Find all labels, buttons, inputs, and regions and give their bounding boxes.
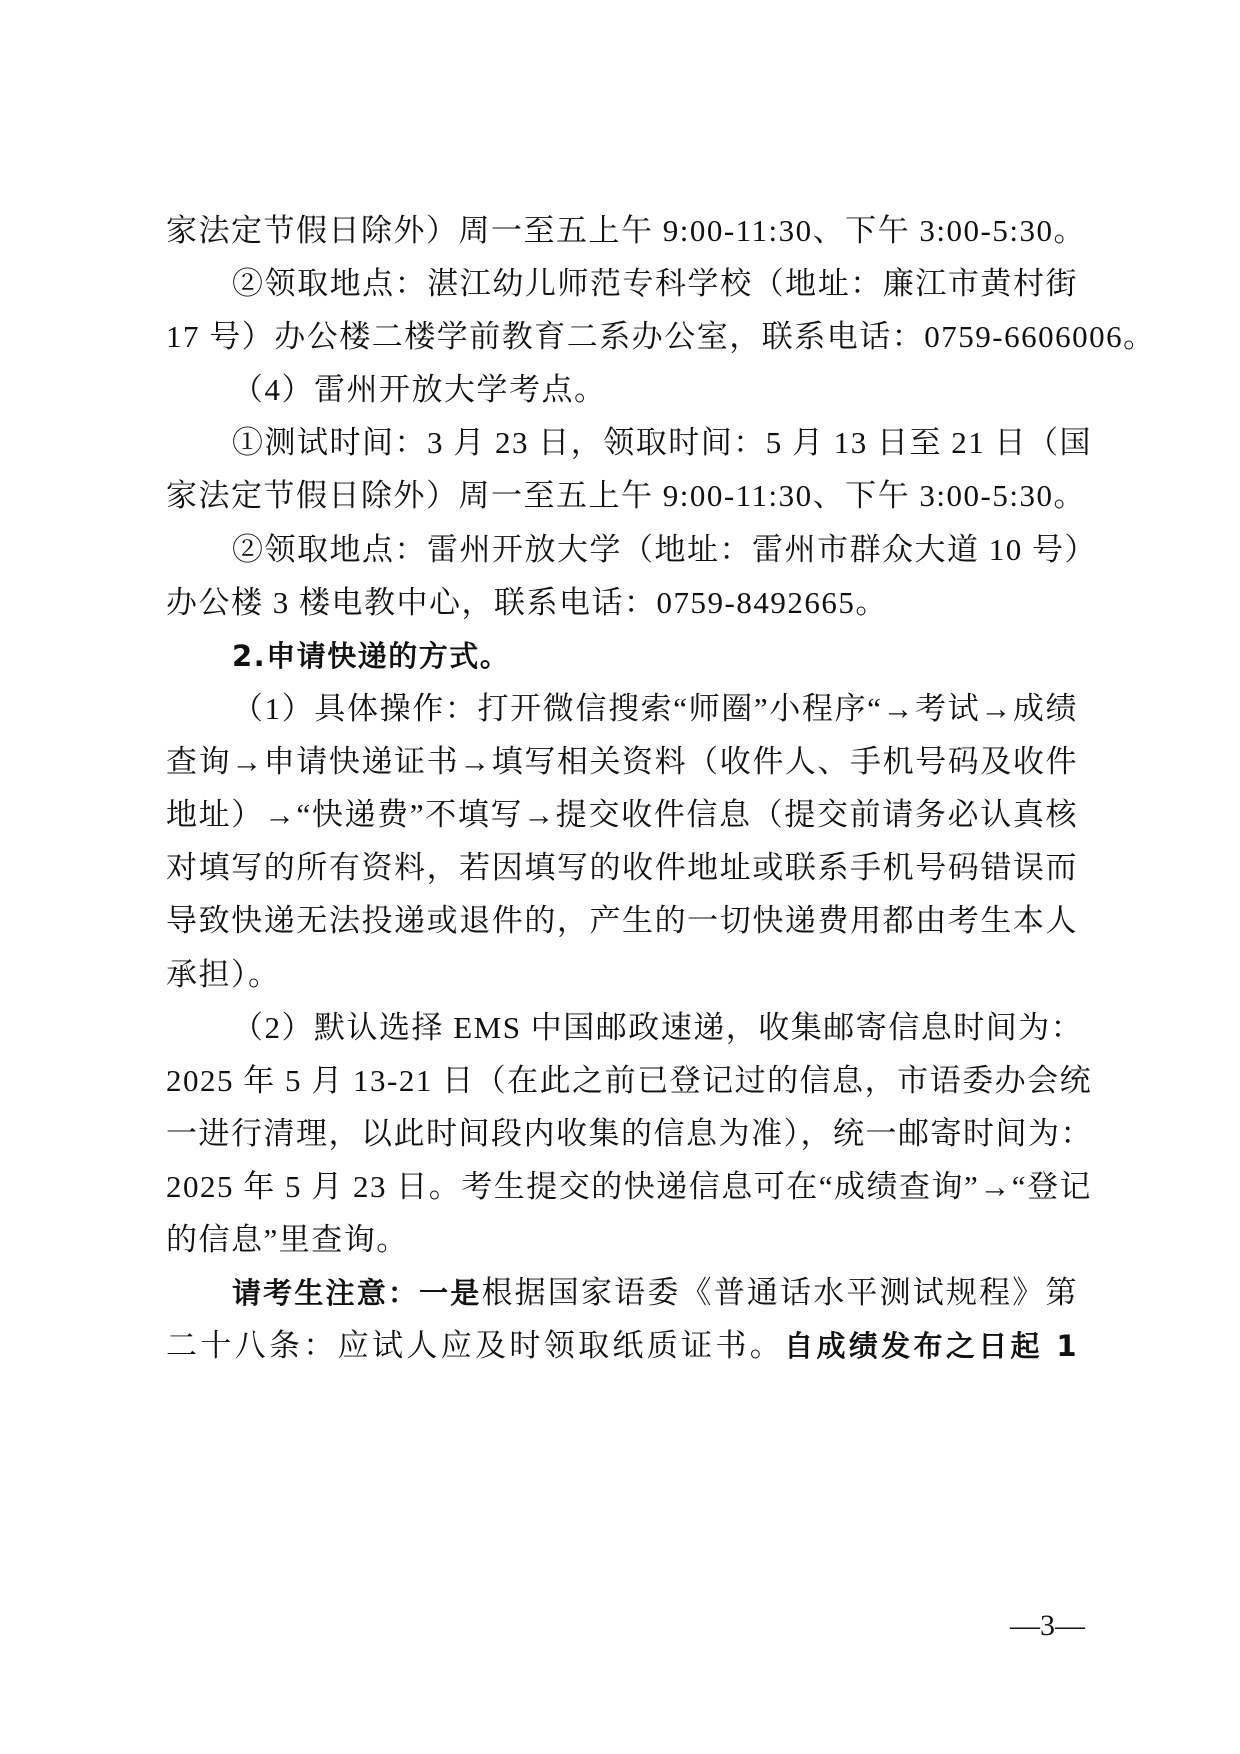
- notice-line-2: 二十八条：应试人应及时领取纸质证书。自成绩发布之日起 1: [166, 1326, 1078, 1366]
- body-line: 的信息”里查询。: [166, 1220, 1078, 1260]
- body-line: 地址）→“快递费”不填写→提交收件信息（提交前请务必认真核: [166, 795, 1078, 835]
- body-line: ①测试时间：3 月 23 日，领取时间：5 月 13 日至 21 日（国: [232, 423, 1078, 463]
- page-number: —3—: [1010, 1606, 1085, 1646]
- body-line: 17 号）办公楼二楼学前教育二系办公室，联系电话：0759-6606006。: [166, 317, 1078, 357]
- notice-text: 二十八条：应试人应及时领取纸质证书。: [166, 1328, 784, 1363]
- notice-label: 请考生注意：: [232, 1276, 419, 1310]
- notice-line-1: 请考生注意：一是根据国家语委《普通话水平测试规程》第: [232, 1273, 1078, 1313]
- document-page: 家法定节假日除外）周一至五上午 9:00-11:30、下午 3:00-5:30。…: [0, 0, 1240, 1754]
- body-line: ②领取地点：雷州开放大学（地址：雷州市群众大道 10 号）: [232, 530, 1078, 570]
- section-heading-leizhou: （4）雷州开放大学考点。: [232, 370, 1078, 410]
- body-line: 办公楼 3 楼电教中心，联系电话：0759-8492665。: [166, 583, 1078, 623]
- body-line: 导致快递无法投递或退件的，产生的一切快递费用都由考生本人: [166, 901, 1078, 941]
- body-line: 家法定节假日除外）周一至五上午 9:00-11:30、下午 3:00-5:30。: [166, 211, 1078, 251]
- body-line: 家法定节假日除外）周一至五上午 9:00-11:30、下午 3:00-5:30。: [166, 476, 1078, 516]
- body-line: （2）默认选择 EMS 中国邮政速递，收集邮寄信息时间为：: [232, 1008, 1078, 1048]
- notice-emphasis: 自成绩发布之日起 1: [784, 1329, 1078, 1363]
- body-line: （1）具体操作：打开微信搜索“师圈”小程序“→考试→成绩: [232, 689, 1078, 729]
- section-heading-express: 2.申请快递的方式。: [232, 636, 1078, 676]
- notice-first-point: 一是: [419, 1276, 481, 1310]
- body-line: 2025 年 5 月 13-21 日（在此之前已登记过的信息，市语委办会统: [166, 1061, 1078, 1101]
- notice-text: 根据国家语委《普通话水平测试规程》第: [481, 1275, 1078, 1310]
- body-line: 查询→申请快递证书→填写相关资料（收件人、手机号码及收件: [166, 742, 1078, 782]
- body-line: 对填写的所有资料，若因填写的收件地址或联系手机号码错误而: [166, 848, 1078, 888]
- body-line: 一进行清理，以此时间段内收集的信息为准），统一邮寄时间为：: [166, 1114, 1078, 1154]
- body-line: ②领取地点：湛江幼儿师范专科学校（地址：廉江市黄村街: [232, 264, 1078, 304]
- body-line: 承担）。: [166, 955, 1078, 995]
- body-line: 2025 年 5 月 23 日。考生提交的快递信息可在“成绩查询”→“登记: [166, 1167, 1078, 1207]
